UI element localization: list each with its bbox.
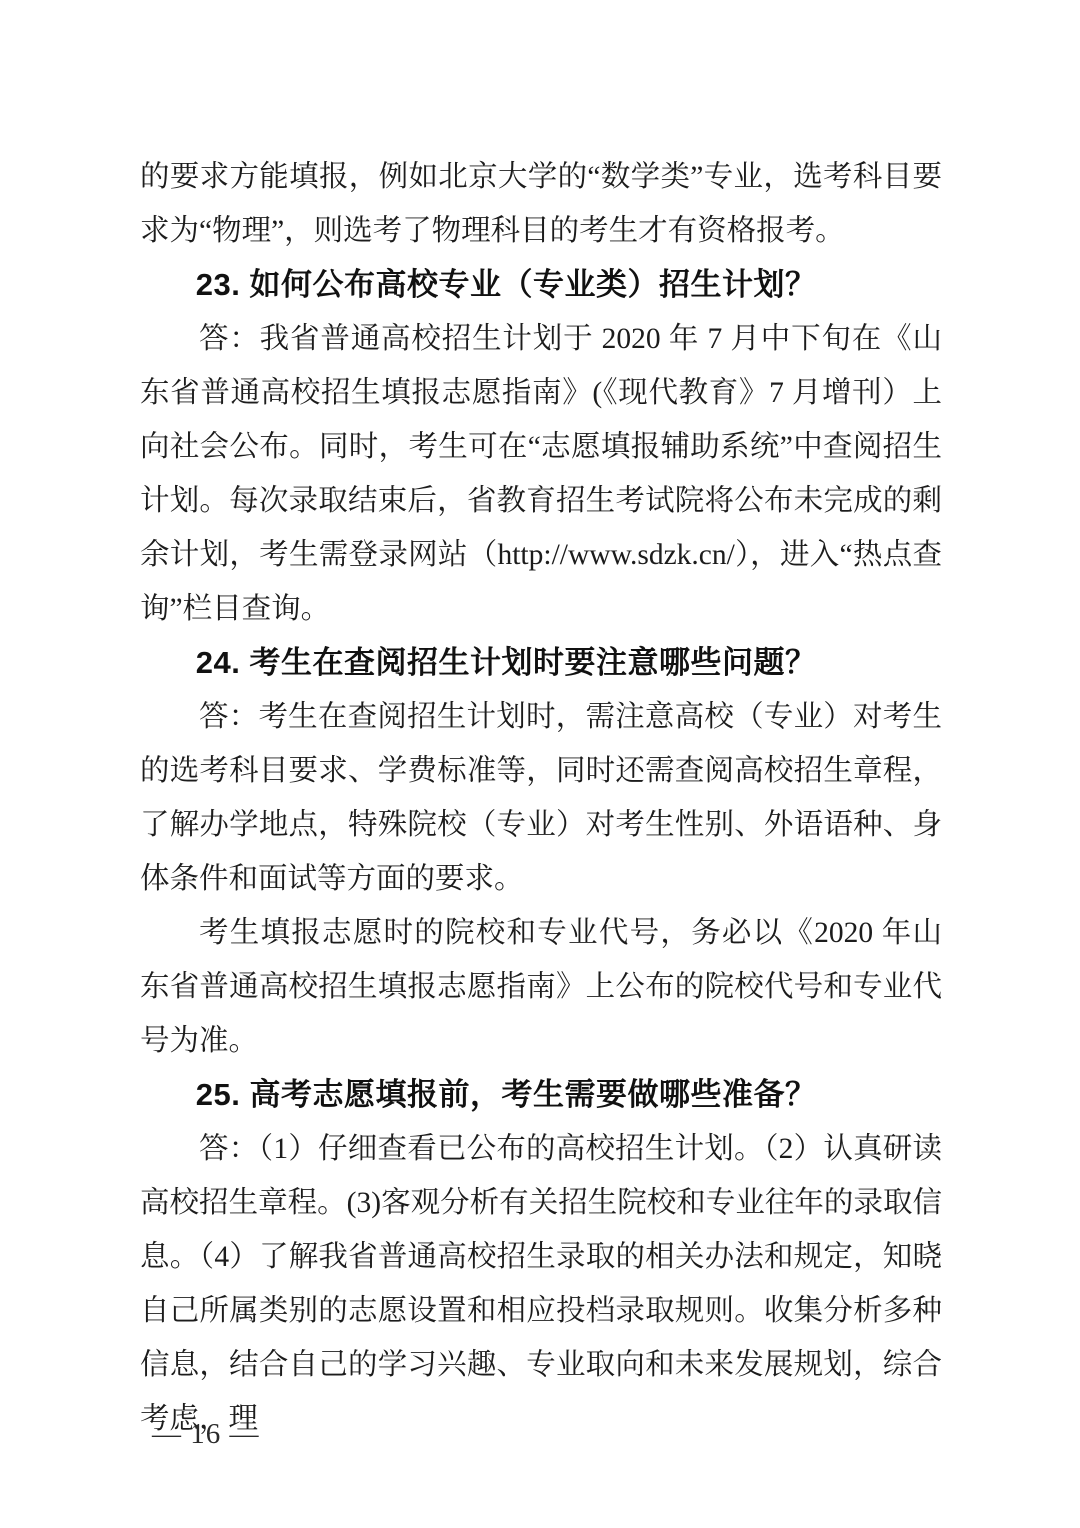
paragraph-answer-24-continued: 考生填报志愿时的院校和专业代号，务必以《2020 年山东省普通高校招生填报志愿指…	[140, 906, 942, 1068]
heading-question-24: 24. 考生在查阅招生计划时要注意哪些问题？	[140, 636, 942, 690]
page-footer: — 16 —	[152, 1418, 260, 1451]
document-page: 的要求方能填报，例如北京大学的“数学类”专业，选考科目要求为“物理”，则选考了物…	[0, 0, 1080, 1528]
page-content: 的要求方能填报，例如北京大学的“数学类”专业，选考科目要求为“物理”，则选考了物…	[140, 150, 942, 1446]
heading-question-25: 25. 高考志愿填报前，考生需要做哪些准备？	[140, 1068, 942, 1122]
page-number: — 16 —	[152, 1418, 260, 1450]
heading-question-23: 23. 如何公布高校专业（专业类）招生计划？	[140, 258, 942, 312]
paragraph-answer-25: 答：（1）仔细查看已公布的高校招生计划。（2）认真研读高校招生章程。(3)客观分…	[140, 1122, 942, 1446]
paragraph-continuation: 的要求方能填报，例如北京大学的“数学类”专业，选考科目要求为“物理”，则选考了物…	[140, 150, 942, 258]
paragraph-answer-23: 答：我省普通高校招生计划于 2020 年 7 月中下旬在《山东省普通高校招生填报…	[140, 312, 942, 636]
paragraph-answer-24: 答：考生在查阅招生计划时，需注意高校（专业）对考生的选考科目要求、学费标准等，同…	[140, 690, 942, 906]
